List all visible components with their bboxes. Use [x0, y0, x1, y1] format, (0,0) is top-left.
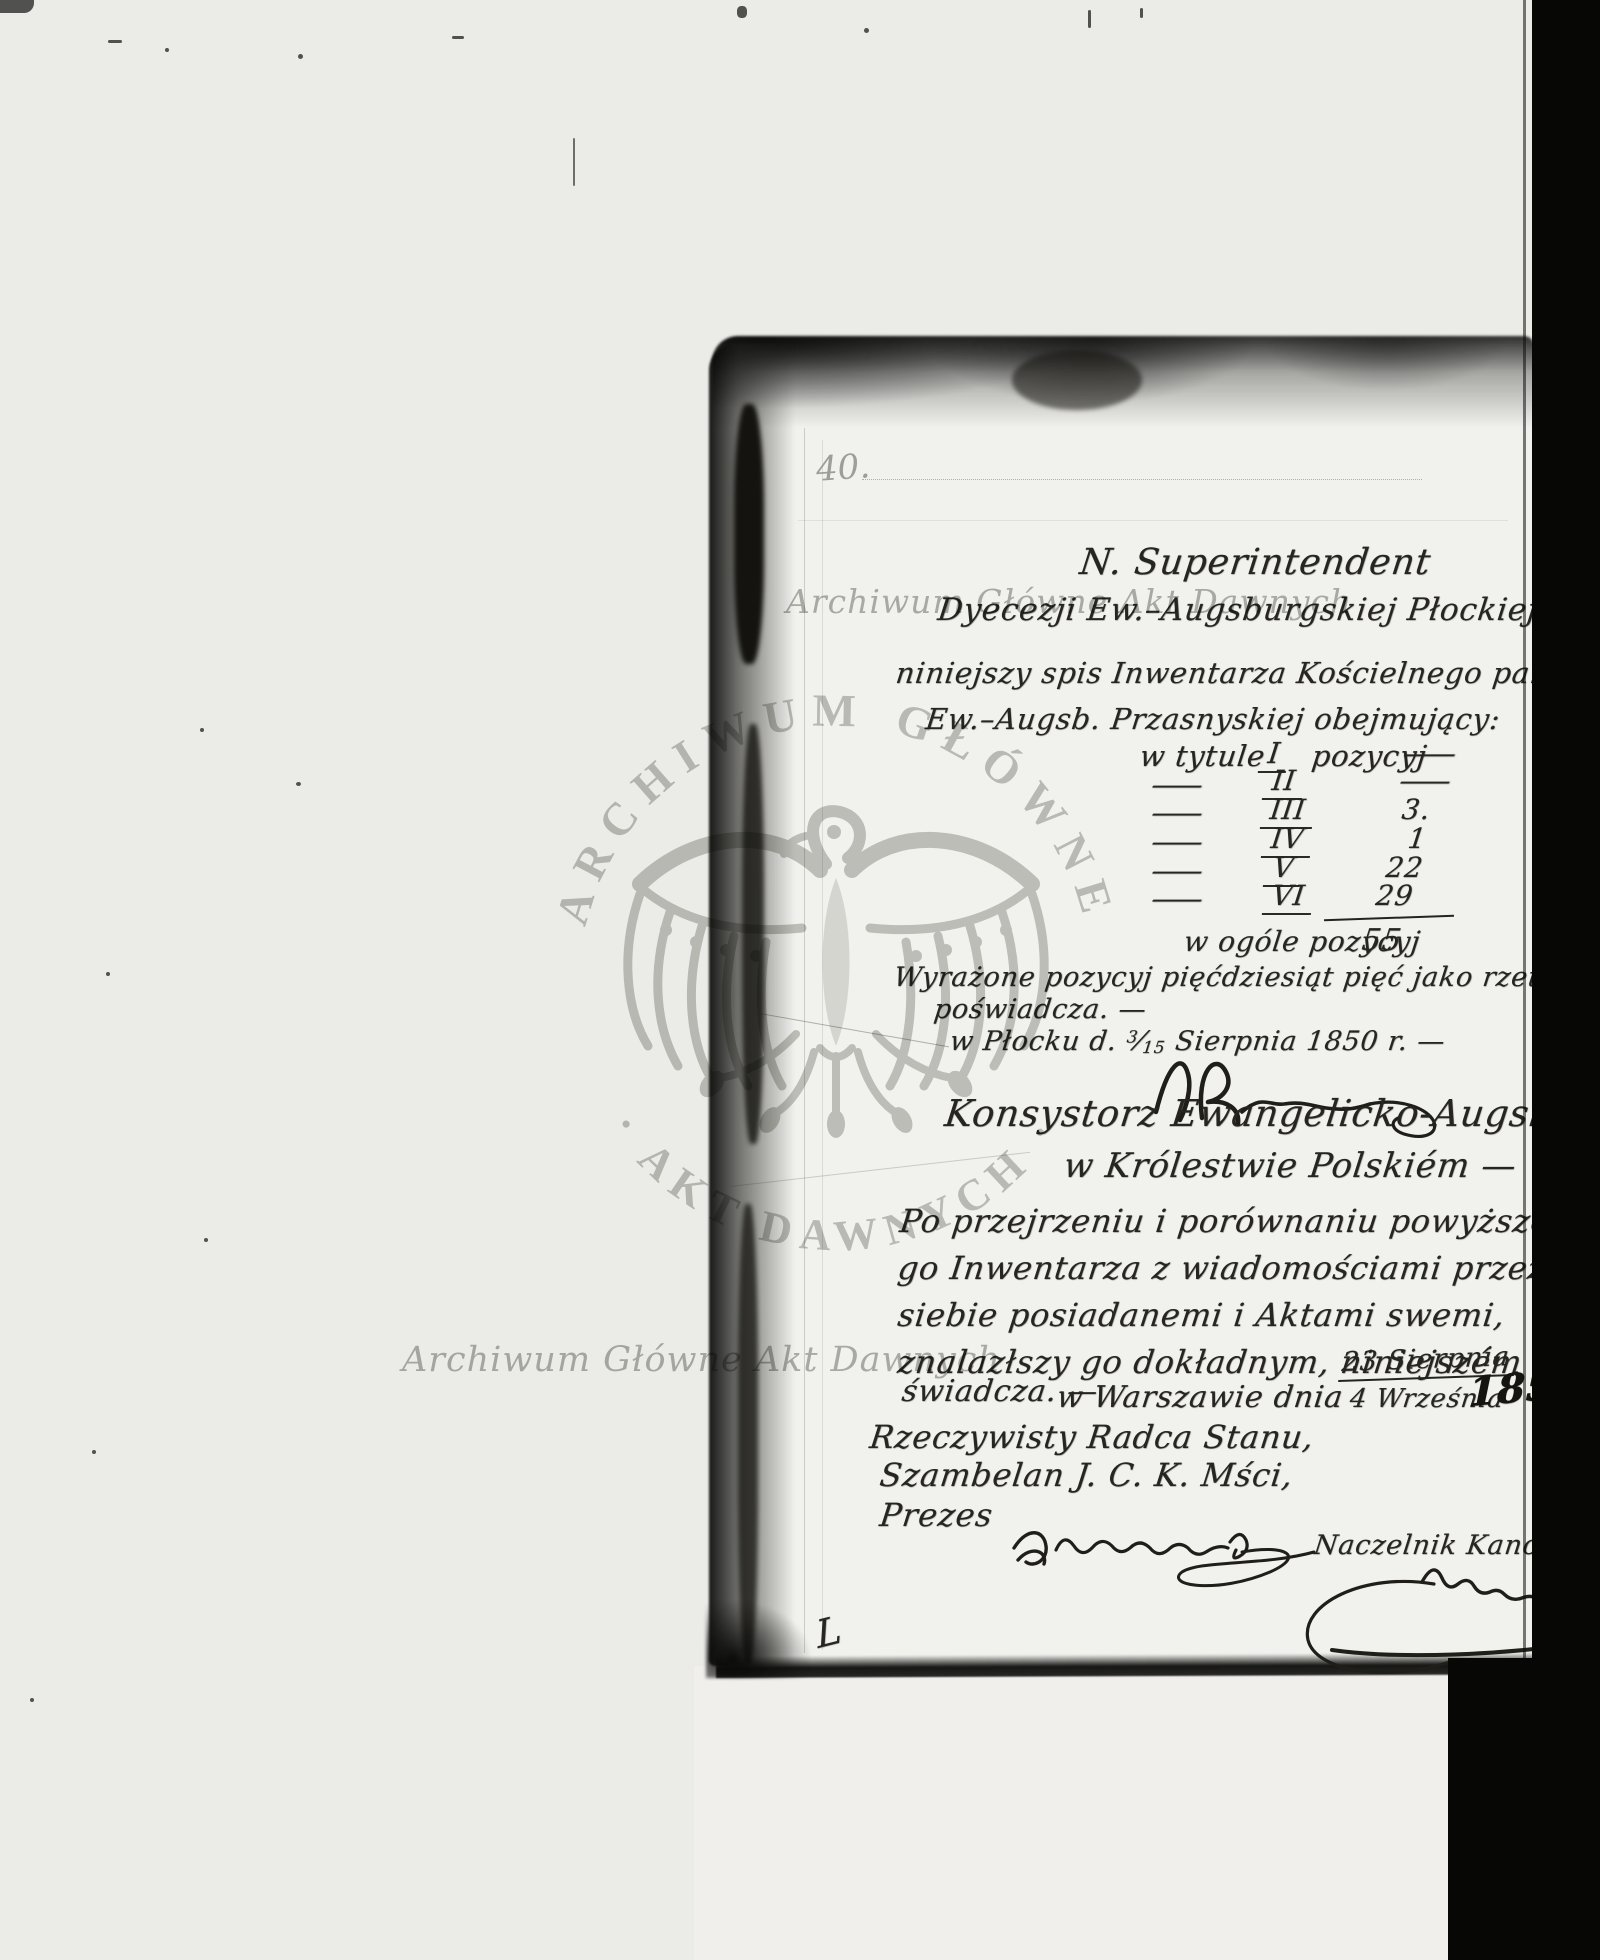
- scanned-archive-page: 40. N. Superintendent Dyecezji Ew.–Augsb…: [0, 0, 1600, 1960]
- table-total-value: 55: [1360, 923, 1404, 958]
- dust-speck: [298, 54, 303, 59]
- margin-pen-mark: L: [814, 1607, 845, 1657]
- dust-speck: [1140, 8, 1143, 18]
- archive-seal-watermark: ARCHIWUM GŁÓWNE · AKT DAWNYCH ·: [496, 642, 1176, 1322]
- archive-text-watermark-top: Archiwum Główne Akt Dawnych: [786, 582, 1352, 621]
- dust-speck: [452, 36, 464, 39]
- faint-rule: [798, 520, 1508, 521]
- scratch-mark: [573, 138, 575, 186]
- dust-speck: [108, 40, 122, 43]
- table-row-value: 29: [1374, 879, 1415, 912]
- folio-number: 40.: [815, 446, 872, 490]
- eagle-emblem: [628, 811, 1044, 1138]
- dust-speck: [30, 1698, 34, 1702]
- table-sum-line: [1324, 915, 1454, 922]
- dust-speck: [106, 972, 110, 976]
- header-dotted-rule: [862, 479, 1422, 480]
- dust-speck: [204, 1238, 208, 1242]
- dust-speck: [1088, 10, 1091, 28]
- top-edge-stain: [1012, 350, 1142, 410]
- underlying-sheet: [694, 1666, 1448, 1960]
- dust-speck: [737, 6, 747, 18]
- page-top-burnt-edge: [712, 336, 1534, 428]
- film-black-margin-bottom-right: [1448, 1658, 1600, 1960]
- signatory-title-prezes: Prezes: [878, 1496, 995, 1534]
- dust-speck: [296, 782, 301, 786]
- binding-stain: [734, 404, 764, 664]
- header-line-1: N. Superintendent: [1077, 542, 1433, 583]
- dust-speck: [864, 28, 869, 33]
- table-row-numeral: VI: [1262, 879, 1315, 915]
- dust-speck: [0, 0, 34, 13]
- dust-speck: [165, 48, 169, 52]
- consistory-date-place: w Warszawie dnia: [1055, 1380, 1345, 1415]
- archive-text-watermark-bottom: Archiwum Główne Akt Dawnych: [402, 1340, 1001, 1380]
- signatory-title-1: Rzeczywisty Radca Stanu,: [868, 1418, 1317, 1456]
- dust-speck: [92, 1450, 96, 1454]
- dust-speck: [200, 728, 204, 732]
